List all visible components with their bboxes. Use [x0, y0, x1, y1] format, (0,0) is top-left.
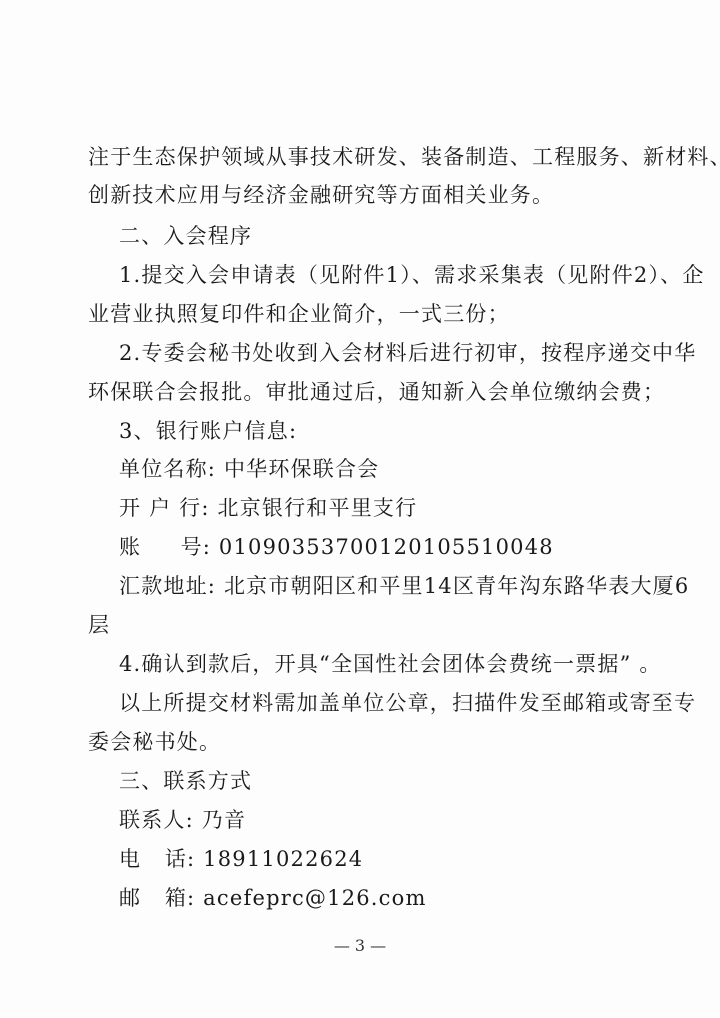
- paragraph-line: 创新技术应用与经济金融研究等方面相关业务。: [88, 183, 554, 207]
- paragraph-line: 业营业执照复印件和企业简介，一式三份；: [88, 302, 510, 326]
- paragraph-line: 环保联合会报批。审批通过后，通知新入会单位缴纳会费；: [88, 380, 665, 404]
- paragraph-line: 2.专委会秘书处收到入会材料后进行初审，按程序递交中华: [119, 341, 696, 365]
- contact-person: 联系人: 乃音: [119, 808, 246, 832]
- paragraph-line: 委会秘书处。: [88, 730, 221, 754]
- paragraph-line: 以上所提交材料需加盖单位公章，扫描件发至邮箱或寄至专: [119, 691, 696, 715]
- page-number: — 3 —: [0, 936, 720, 955]
- contact-phone: 电 话: 18911022624: [119, 847, 363, 871]
- section-heading: 二、入会程序: [119, 224, 252, 248]
- paragraph-line: 3、银行账户信息:: [119, 419, 297, 443]
- section-heading: 三、联系方式: [119, 769, 252, 793]
- paragraph-line: 4.确认到款后，开具“全国性社会团体会费统一票据” 。: [119, 652, 662, 676]
- contact-email: 邮 箱: acefeprc@126.com: [119, 886, 427, 910]
- bank-account-number: 账 号: 01090353700120105510048: [119, 535, 554, 559]
- bank-account-name: 单位名称: 中华环保联合会: [119, 457, 379, 481]
- paragraph-line: 1.提交入会申请表（见附件1）、需求采集表（见附件2）、企: [119, 263, 705, 287]
- bank-branch: 开 户 行: 北京银行和平里支行: [119, 496, 417, 520]
- paragraph-line: 层: [88, 613, 110, 637]
- remittance-address: 汇款地址: 北京市朝阳区和平里14区青年沟东路华表大厦6: [119, 574, 689, 598]
- paragraph-line: 注于生态保护领域从事技术研发、装备制造、工程服务、新材料、: [88, 145, 720, 169]
